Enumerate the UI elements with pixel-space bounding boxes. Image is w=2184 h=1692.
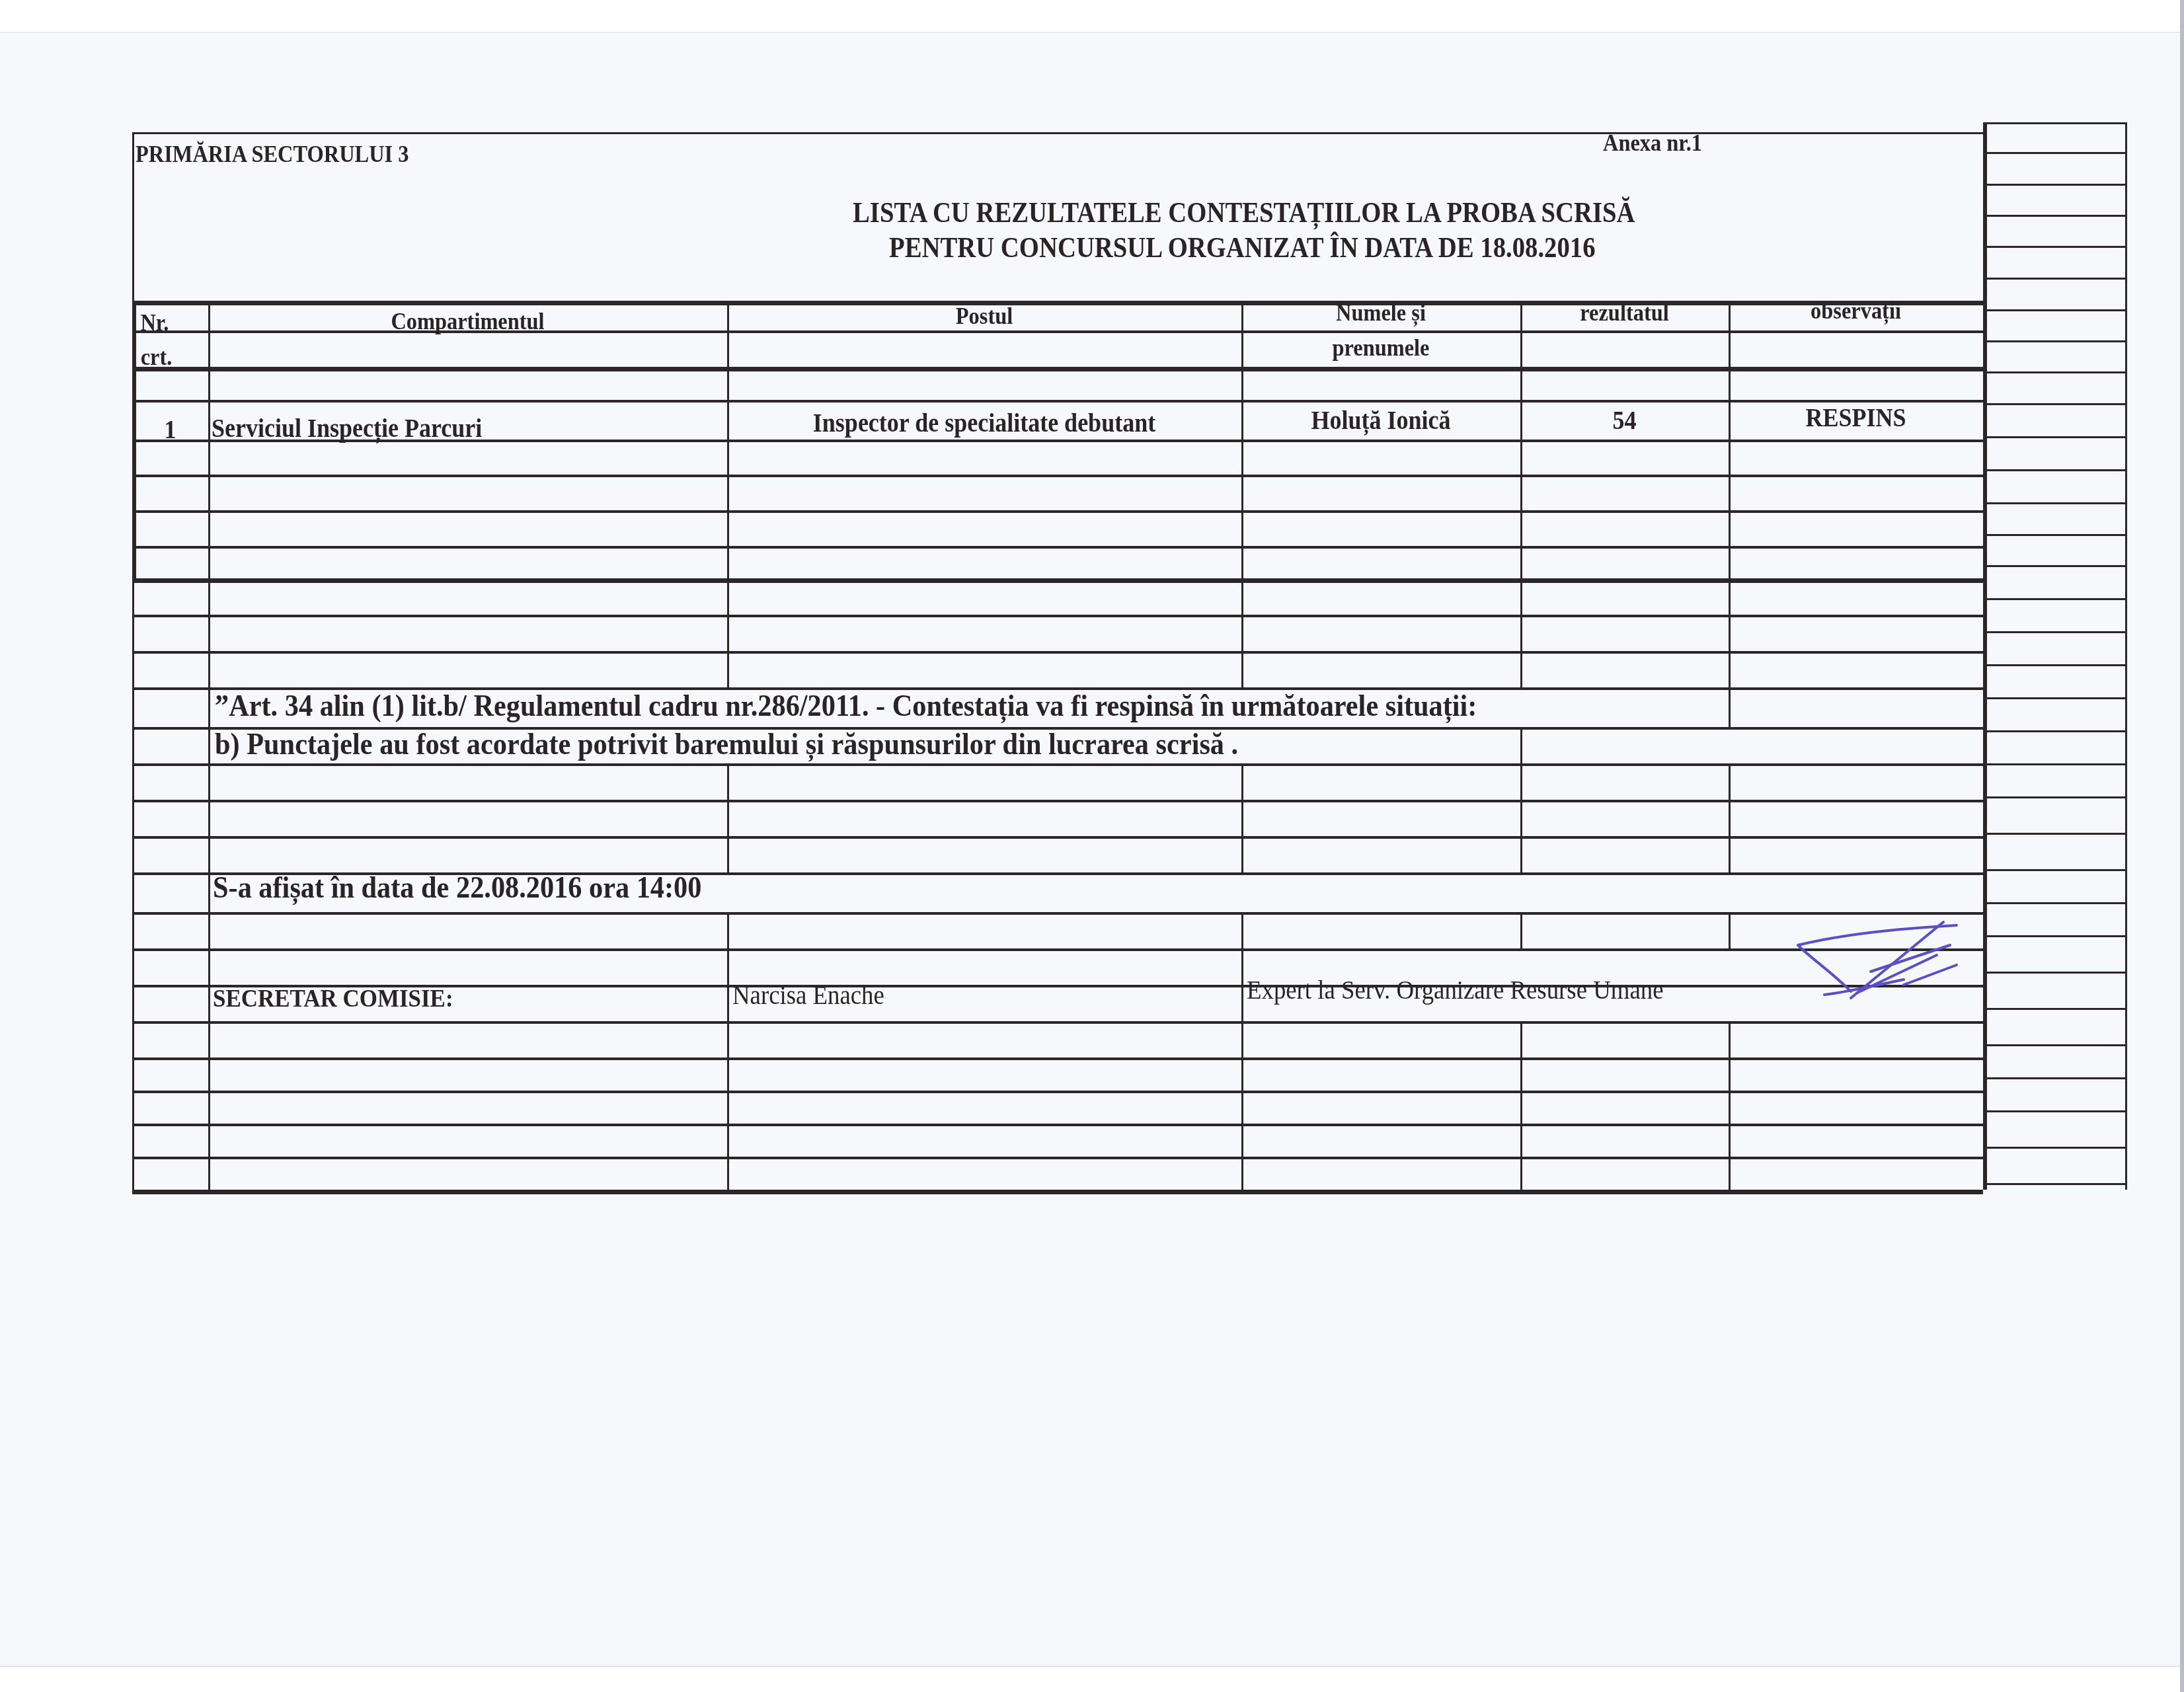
scan-right-edge: [2180, 0, 2184, 1692]
grid-line: [1983, 1183, 2125, 1185]
grid-line: [1983, 631, 2125, 633]
grid-line: [132, 132, 134, 1193]
grid-line: [1983, 833, 2125, 835]
grid-line: [1983, 502, 2125, 504]
row-observatii: RESPINS: [1741, 404, 1970, 431]
grid-line: [1983, 152, 2125, 154]
header-prenume: prenumele: [1255, 336, 1506, 360]
header-nr: Nr.: [140, 311, 169, 334]
grid-line: [1520, 912, 1522, 948]
grid-line: [1729, 1021, 1731, 1193]
document-subtitle: PENTRU CONCURSUL ORGANIZAT ÎN DATA DE 18…: [889, 233, 1596, 262]
row-post: Inspector de specialitate debutant: [753, 410, 1216, 436]
grid-line: [1983, 436, 2125, 438]
grid-line: [727, 301, 729, 687]
legal-point-b: b) Punctajele au fost acordate potrivit …: [215, 729, 1238, 759]
grid-line: [1983, 1110, 2125, 1112]
grid-line: [132, 1091, 1983, 1093]
grid-line: [1983, 598, 2125, 600]
grid-line: [1983, 1044, 2125, 1046]
grid-line: [132, 763, 1983, 766]
scan-top-edge: [0, 0, 2184, 33]
grid-line: [1983, 278, 2125, 280]
grid-line: [1983, 1147, 2125, 1149]
header-compartiment: Compartimentul: [234, 309, 701, 333]
grid-line: [132, 578, 1983, 583]
grid-line: [132, 1124, 1983, 1126]
annex-label: Anexa nr.1: [1603, 131, 1702, 155]
grid-line: [1983, 1077, 2125, 1079]
grid-line: [1983, 869, 2125, 871]
grid-line: [132, 1057, 1983, 1060]
grid-line: [1983, 215, 2125, 217]
grid-line: [1983, 122, 2125, 124]
grid-line: [132, 400, 1983, 403]
row-compartiment: Serviciul Inspecție Parcuri: [212, 415, 482, 442]
grid-line: [1729, 301, 1731, 727]
grid-line: [1983, 902, 2125, 904]
grid-line: [132, 546, 1983, 549]
handwritten-signature-icon: [1791, 919, 2056, 1011]
grid-line: [1983, 534, 2125, 536]
grid-line: [1241, 301, 1243, 687]
grid-line: [1983, 122, 1987, 1190]
grid-line: [1729, 763, 1731, 872]
grid-line: [132, 132, 1983, 134]
secretary-name: Narcisa Enache: [732, 982, 884, 1009]
grid-line: [1983, 697, 2125, 699]
scan-bottom-edge: [0, 1666, 2184, 1692]
grid-line: [1983, 763, 2125, 765]
grid-line: [208, 301, 210, 1193]
header-rezultat: rezultatul: [1531, 301, 1719, 325]
grid-line: [1983, 246, 2125, 248]
grid-line: [1729, 912, 1731, 948]
grid-line: [132, 367, 1983, 371]
grid-line: [1983, 796, 2125, 798]
grid-line: [727, 912, 729, 1193]
grid-line: [132, 800, 1983, 802]
grid-line: [1520, 301, 1522, 687]
grid-line: [1983, 469, 2125, 471]
grid-line: [1520, 1021, 1522, 1193]
posted-date: S-a afișat în data de 22.08.2016 ora 14:…: [213, 872, 701, 903]
grid-line: [1983, 340, 2125, 342]
row-nume: Holuță Ionică: [1255, 407, 1506, 434]
header-nume: Numele și: [1255, 301, 1506, 325]
grid-line: [1983, 184, 2125, 186]
grid-line: [1983, 664, 2125, 666]
grid-line: [132, 651, 1983, 654]
grid-line: [132, 510, 1983, 513]
grid-line: [1983, 309, 2125, 311]
row-nr: 1: [136, 416, 205, 443]
grid-line: [132, 1021, 1983, 1024]
grid-line: [132, 1190, 1983, 1194]
header-observatii: observații: [1741, 299, 1970, 323]
grid-line: [1983, 403, 2125, 405]
grid-line: [132, 948, 1983, 951]
grid-line: [132, 475, 1983, 477]
grid-line: [1241, 912, 1243, 1193]
grid-line: [1520, 727, 1522, 872]
organization-name: PRIMĂRIA SECTORULUI 3: [136, 142, 409, 166]
row-rezultat: 54: [1531, 407, 1719, 434]
grid-line: [132, 1157, 1983, 1159]
grid-line: [727, 763, 729, 872]
secretary-position: Expert la Serv. Organizare Resurse Umane: [1247, 977, 1663, 1003]
header-crt: crt.: [141, 345, 173, 369]
grid-line: [1983, 730, 2125, 732]
grid-line: [132, 836, 1983, 839]
secretary-label: SECRETAR COMISIE:: [213, 986, 453, 1011]
grid-line: [2125, 122, 2127, 1190]
grid-line: [132, 615, 1983, 617]
grid-line: [1241, 763, 1243, 872]
grid-line: [1983, 371, 2125, 373]
document-title: LISTA CU REZULTATELE CONTESTAȚIILOR LA P…: [853, 198, 1635, 227]
header-post: Postul: [753, 304, 1216, 328]
legal-reference: ”Art. 34 alin (1) lit.b/ Regulamentul ca…: [215, 691, 1477, 721]
grid-line: [132, 912, 1983, 915]
grid-line: [1983, 565, 2125, 567]
